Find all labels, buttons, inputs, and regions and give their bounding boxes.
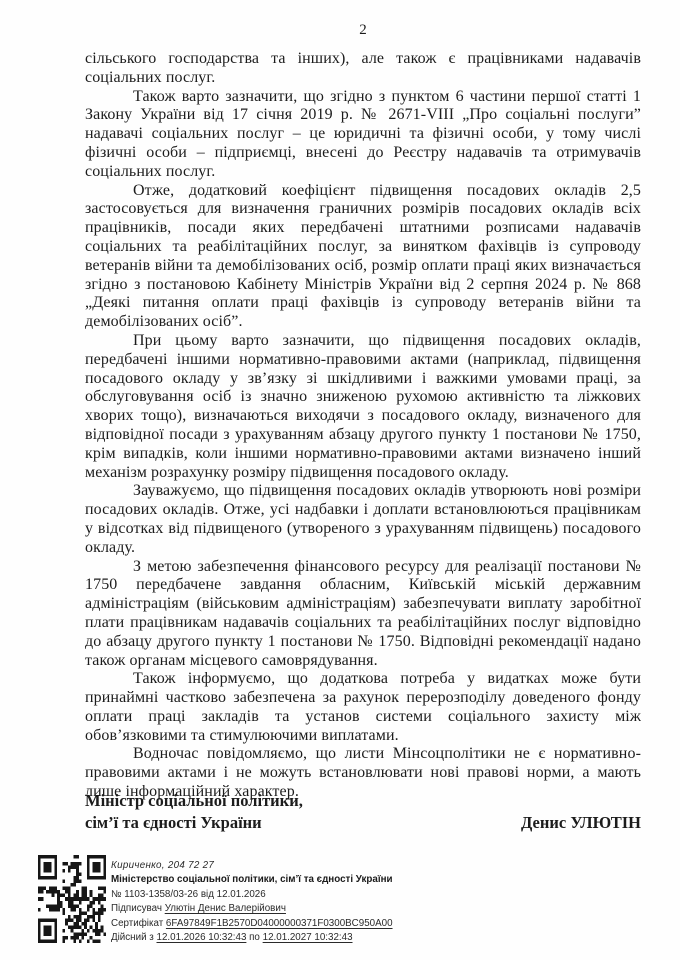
signer-position-line2: сім’ї та єдності України [85, 812, 303, 834]
executor-line: Кириченко, 204 72 27 [111, 859, 393, 873]
page-number: 2 [85, 22, 641, 39]
letter-body: сільського господарства та інших), але т… [85, 50, 641, 802]
stamp-ministry: Міністерство соціальної політики, сім’ї … [111, 873, 393, 887]
e-signature-stamp: Кириченко, 204 72 27 Міністерство соціал… [38, 855, 393, 945]
paragraph: Зауважуємо, що підвищення посадових окла… [85, 482, 641, 557]
stamp-signer: Підписувач Улютін Денис Валерійович [111, 902, 393, 916]
qr-code-icon [38, 855, 106, 943]
stamp-valid-to: 12.01.2027 10:32:43 [263, 932, 353, 943]
paragraph: При цьому варто зазначити, що підвищення… [85, 332, 641, 482]
signer-name: Денис УЛЮТІН [521, 812, 641, 834]
stamp-valid-to-label: по [249, 932, 260, 943]
stamp-signer-name: Улютін Денис Валерійович [165, 903, 286, 914]
paragraph: Також інформуємо, що додаткова потреба у… [85, 670, 641, 745]
stamp-certificate: Сертифікат 6FA97849F1B2570D04000000371F0… [111, 917, 393, 931]
paragraph: З метою забезпечення фінансового ресурсу… [85, 558, 641, 671]
signature-block: Міністр соціальної політики, сім’ї та єд… [85, 790, 641, 833]
stamp-valid-from: 12.01.2026 10:32:43 [157, 932, 247, 943]
stamp-cert-label: Сертифікат [111, 918, 163, 929]
document-page: 2 сільського господарства та інших), але… [0, 0, 680, 960]
paragraph: Також варто зазначити, що згідно з пункт… [85, 88, 641, 182]
stamp-validity: Дійсний з 12.01.2026 10:32:43 по 12.01.2… [111, 931, 393, 945]
stamp-doc-number: № 1103-1358/03-26 від 12.01.2026 [111, 888, 393, 902]
stamp-valid-label: Дійсний з [111, 932, 154, 943]
stamp-cert-value: 6FA97849F1B2570D04000000371F0300BC950A00 [166, 918, 393, 929]
signer-position-line1: Міністр соціальної політики, [85, 790, 303, 812]
paragraph: сільського господарства та інших), але т… [85, 50, 641, 88]
paragraph: Отже, додатковий коефіцієнт підвищення п… [85, 182, 641, 332]
signer-position: Міністр соціальної політики, сім’ї та єд… [85, 790, 303, 833]
stamp-text: Кириченко, 204 72 27 Міністерство соціал… [111, 855, 393, 945]
stamp-signer-label: Підписувач [111, 903, 162, 914]
